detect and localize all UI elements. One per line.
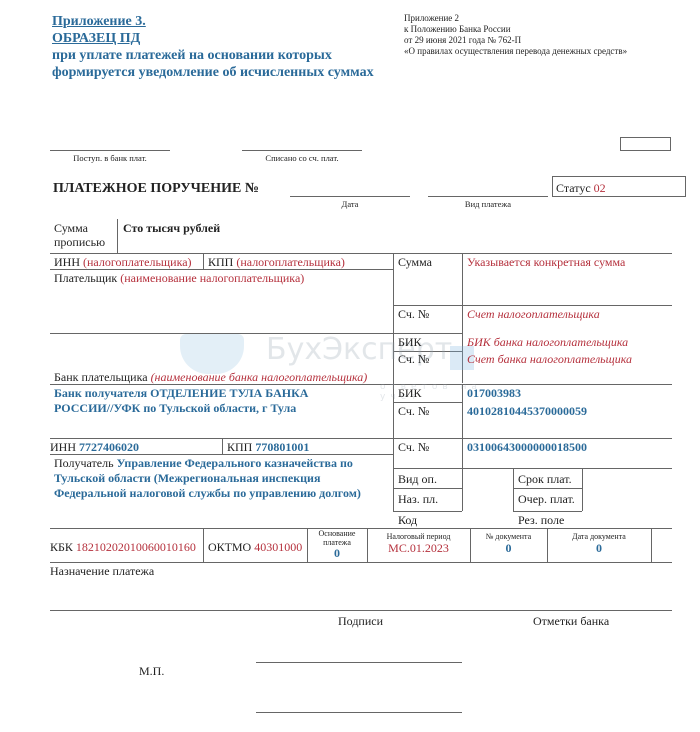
date-label: Дата (290, 199, 410, 209)
bank-marks-label: Отметки банка (533, 614, 609, 629)
divider (117, 219, 118, 253)
payer-inn-field[interactable]: ИНН (налогоплательщика) (54, 255, 192, 270)
oktmo-label: ОКТМО (208, 540, 251, 554)
payment-type-label: Вид платежа (428, 199, 548, 209)
recipient-account-label: Сч. № (398, 440, 429, 455)
divider (393, 333, 462, 334)
divider (513, 511, 582, 512)
doc-date-field[interactable]: Дата документа 0 (547, 532, 651, 556)
code-label: Код (398, 513, 417, 528)
priority-label: Очер. плат. (518, 492, 575, 507)
recipient-kpp-value: 770801001 (255, 440, 309, 454)
recipient-bank-value: ОТДЕЛЕНИЕ ТУЛА БАНКА (150, 386, 308, 400)
payer-inn-label: ИНН (54, 255, 80, 269)
doc-date-label: Дата документа (547, 532, 651, 541)
document-title-block: Приложение 3. ОБРАЗЕЦ ПД при уплате плат… (52, 13, 374, 81)
recipient-bik-label: БИК (398, 386, 422, 401)
kbk-value: 18210202010060010160 (76, 540, 196, 554)
divider (393, 468, 672, 469)
divider (651, 528, 652, 562)
payer-account-value[interactable]: Счет налогоплательщика (467, 307, 600, 322)
amount-words-label: Сумма прописью (54, 221, 105, 249)
purpose-input[interactable] (50, 578, 672, 610)
divider (50, 610, 672, 611)
payer-kpp-field[interactable]: КПП (налогоплательщика) (208, 255, 345, 270)
stamp-label: М.П. (139, 664, 164, 679)
divider (462, 384, 463, 468)
subtitle-line-2: формируется уведомление об исчисленных с… (52, 64, 374, 81)
tax-period-field[interactable]: Налоговый период МС.01.2023 (367, 532, 470, 556)
reference-line: Приложение 2 (404, 13, 627, 24)
debited-label: Списано со сч. плат. (242, 153, 362, 163)
divider (393, 511, 462, 512)
basis-field[interactable]: Основание платежа 0 (307, 529, 367, 560)
payer-bank-account-value[interactable]: Счет банка налогоплательщика (467, 352, 632, 367)
divider (222, 438, 223, 454)
oktmo-value: 40301000 (254, 540, 302, 554)
payer-name-field[interactable]: Плательщик (наименование налогоплательщи… (54, 271, 304, 286)
doc-number-value: 0 (470, 541, 547, 556)
recipient-bank-value: РОССИИ//УФК по Тульской области, г Тула (54, 401, 308, 416)
divider (203, 253, 204, 269)
divider (203, 528, 204, 562)
doc-number-field[interactable]: № документа 0 (470, 532, 547, 556)
basis-label: Основание (307, 529, 367, 538)
appendix-title: Приложение 3. (52, 13, 374, 30)
recipient-kpp-field[interactable]: КПП 770801001 (227, 440, 309, 455)
divider (462, 253, 463, 383)
reference-line: «О правилах осуществления перевода денеж… (404, 46, 627, 57)
divider (462, 468, 463, 511)
signature-line-2[interactable] (256, 712, 462, 713)
date-line[interactable] (290, 196, 410, 197)
oktmo-field[interactable]: ОКТМО 40301000 (208, 540, 302, 555)
amount-words-label-line: Сумма (54, 221, 105, 235)
form-code-box[interactable] (620, 137, 671, 151)
recipient-inn-label: ИНН (50, 440, 76, 454)
order-title: ПЛАТЕЖНОЕ ПОРУЧЕНИЕ № (53, 181, 259, 197)
basis-value: 0 (307, 547, 367, 560)
status-value: 02 (594, 181, 606, 195)
sum-value[interactable]: Указывается конкретная сумма (467, 255, 625, 270)
recipient-account-value[interactable]: 03100643000000018500 (467, 440, 587, 455)
tax-period-value: МС.01.2023 (367, 541, 470, 556)
divider (393, 253, 394, 511)
received-label: Поступ. в банк плат. (50, 153, 170, 163)
signatures-label: Подписи (338, 614, 383, 629)
recipient-name-field[interactable]: Получатель Управление Федерального казна… (54, 456, 361, 501)
divider (50, 438, 672, 439)
recipient-bank-account-value[interactable]: 40102810445370000059 (467, 404, 587, 419)
recipient-bank-field[interactable]: Банк получателя ОТДЕЛЕНИЕ ТУЛА БАНКА РОС… (54, 386, 308, 416)
payer-bank-label: Банк плательщика (54, 370, 148, 384)
payer-bik-label: БИК (398, 335, 422, 350)
sample-title: ОБРАЗЕЦ ПД (52, 30, 374, 47)
recipient-inn-value: 7727406020 (79, 440, 139, 454)
payer-bank-field[interactable]: Банк плательщика (наименование банка нал… (54, 370, 367, 385)
op-type-label: Вид оп. (398, 472, 437, 487)
payment-type-line[interactable] (428, 196, 548, 197)
divider (393, 402, 462, 403)
payer-account-label: Сч. № (398, 307, 429, 322)
doc-number-label: № документа (470, 532, 547, 541)
amount-words-label-line: прописью (54, 235, 105, 249)
payer-bank-account-label: Сч. № (398, 352, 429, 367)
received-line (50, 150, 170, 151)
recipient-name-value: Федеральной налоговой службы по управлен… (54, 486, 361, 501)
tax-period-label: Налоговый период (367, 532, 470, 541)
regulation-reference: Приложение 2 к Положению Банка России от… (404, 13, 627, 57)
signature-line-1[interactable] (256, 662, 462, 663)
payer-name-label: Плательщик (54, 271, 117, 285)
payer-kpp-value: (налогоплательщика) (236, 255, 345, 269)
payer-bank-value: (наименование банка налогоплательщика) (151, 370, 368, 384)
recipient-name-value: Управление Федерального казначейства по (117, 456, 353, 470)
payer-kpp-label: КПП (208, 255, 233, 269)
recipient-inn-field[interactable]: ИНН 7727406020 (50, 440, 139, 455)
reserve-label: Рез. поле (518, 513, 564, 528)
divider (513, 488, 582, 489)
payer-bik-value[interactable]: БИК банка налогоплательщика (467, 335, 628, 350)
divider (393, 488, 462, 489)
reference-line: от 29 июня 2021 года № 762-П (404, 35, 627, 46)
recipient-bank-account-label: Сч. № (398, 404, 429, 419)
purpose-code-label: Наз. пл. (398, 492, 438, 507)
purpose-label: Назначение платежа (50, 564, 154, 579)
recipient-bik-value[interactable]: 017003983 (467, 386, 521, 401)
divider (50, 253, 672, 254)
divider (582, 468, 583, 511)
debited-line (242, 150, 362, 151)
status-field[interactable]: Статус 02 (552, 176, 686, 197)
recipient-name-value: Тульской области (Межрегиональная инспек… (54, 471, 361, 486)
owl-logo-icon (180, 334, 244, 374)
recipient-name-label: Получатель (54, 456, 114, 470)
sum-label: Сумма (398, 255, 432, 270)
reference-line: к Положению Банка России (404, 24, 627, 35)
amount-words-value[interactable]: Сто тысяч рублей (123, 221, 220, 236)
subtitle-line-1: при уплате платежей на основании которых (52, 47, 374, 64)
divider (50, 333, 393, 334)
recipient-bank-label: Банк получателя (54, 386, 147, 400)
divider (393, 305, 672, 306)
status-label: Статус (556, 181, 591, 195)
kbk-field[interactable]: КБК 18210202010060010160 (50, 540, 196, 555)
kbk-label: КБК (50, 540, 73, 554)
recipient-kpp-label: КПП (227, 440, 252, 454)
divider (513, 468, 514, 511)
divider (50, 562, 672, 563)
payer-name-value: (наименование налогоплательщика) (120, 271, 304, 285)
payer-inn-value: (налогоплательщика) (83, 255, 192, 269)
doc-date-value: 0 (547, 541, 651, 556)
due-date-label: Срок плат. (518, 472, 572, 487)
